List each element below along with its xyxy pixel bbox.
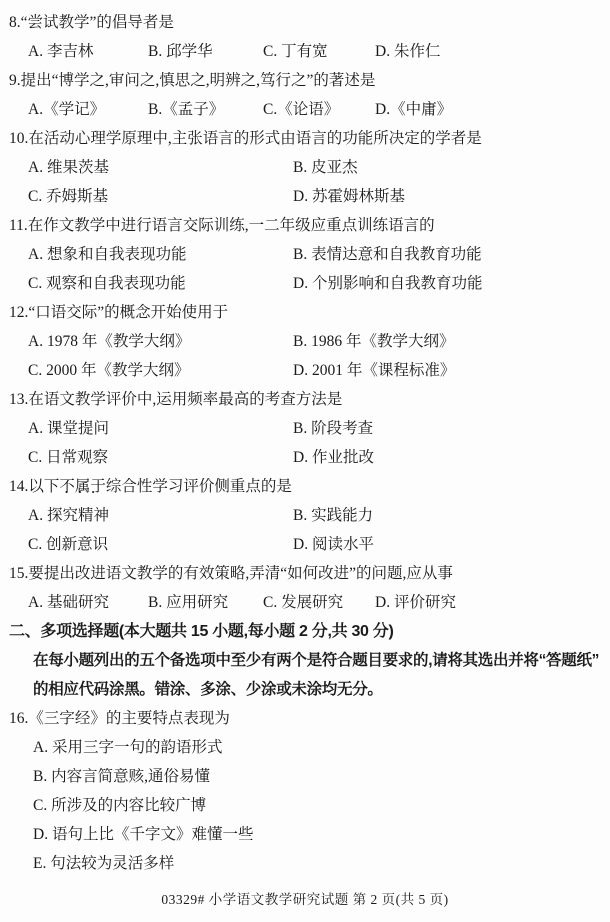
question-14-stem-emphasis: 不属于··· — [59, 472, 106, 501]
page-footer: 03329# 小学语文教学研究试题 第 2 页(共 5 页) — [0, 885, 610, 914]
question-9-option-d: D.《中庸》 — [375, 95, 452, 124]
question-10-options-row2: C. 乔姆斯基 D. 苏霍姆林斯基 — [0, 182, 610, 211]
question-15-option-a: A. 基础研究 — [28, 588, 109, 617]
question-16-option-a: A. 采用三字一句的韵语形式 — [33, 733, 222, 762]
question-8-option-a: A. 李吉林 — [28, 37, 93, 66]
question-15-option-d: D. 评价研究 — [375, 588, 456, 617]
question-9-option-b: B.《孟子》 — [148, 95, 224, 124]
question-12-options-row1: A. 1978 年《教学大纲》 B. 1986 年《教学大纲》 — [0, 327, 610, 356]
question-8-option-b: B. 邱学华 — [148, 37, 213, 66]
section-2-instruction-line2: 的相应代码涂黑。错涂、多涂、少涂或未涂均无分。 — [0, 675, 610, 704]
question-10-option-c: C. 乔姆斯基 — [28, 182, 108, 211]
question-12-option-d: D. 2001 年《课程标准》 — [293, 356, 455, 385]
question-9-stem: 9.提出“博学之,审问之,慎思之,明辨之,笃行之”的著述是 — [0, 66, 610, 95]
question-8-option-d: D. 朱作仁 — [375, 37, 440, 66]
question-11-stem: 11.在作文教学中进行语言交际训练,一二年级应重点训练语言的 — [0, 211, 610, 240]
question-14-options-row1: A. 探究精神 B. 实践能力 — [0, 501, 610, 530]
question-16-option-e: E. 句法较为灵活多样 — [33, 849, 174, 878]
emphasis-dots: ··· — [59, 486, 106, 498]
question-14-option-b: B. 实践能力 — [293, 501, 373, 530]
question-14-option-a: A. 探究精神 — [28, 501, 109, 530]
question-16-option-c: C. 所涉及的内容比较广博 — [33, 791, 206, 820]
question-10-options-row1: A. 维果茨基 B. 皮亚杰 — [0, 153, 610, 182]
section-2-header: 二、多项选择题(本大题共 15 小题,每小题 2 分,共 30 分) — [0, 617, 610, 646]
question-14-stem-prefix: 14.以下 — [9, 478, 59, 495]
question-8-stem: 8.“尝试教学”的倡导者是 — [0, 8, 610, 37]
question-11-option-d: D. 个别影响和自我教育功能 — [293, 269, 482, 298]
question-9-option-a: A.《学记》 — [28, 95, 105, 124]
question-16-option-row-b: B. 内容言简意赅,通俗易懂 — [0, 762, 610, 791]
question-16-option-b: B. 内容言简意赅,通俗易懂 — [33, 762, 210, 791]
exam-paper-page: 8.“尝试教学”的倡导者是 A. 李吉林 B. 邱学华 C. 丁有宽 D. 朱作… — [0, 0, 610, 922]
question-13-option-a: A. 课堂提问 — [28, 414, 109, 443]
question-12-options-row2: C. 2000 年《教学大纲》 D. 2001 年《课程标准》 — [0, 356, 610, 385]
question-15-stem: 15.要提出改进语文教学的有效策略,弄清“如何改进”的问题,应从事 — [0, 559, 610, 588]
question-15-option-b: B. 应用研究 — [148, 588, 228, 617]
question-13-options-row1: A. 课堂提问 B. 阶段考查 — [0, 414, 610, 443]
question-14-option-d: D. 阅读水平 — [293, 530, 374, 559]
question-8-options: A. 李吉林 B. 邱学华 C. 丁有宽 D. 朱作仁 — [0, 37, 610, 66]
question-13-option-c: C. 日常观察 — [28, 443, 108, 472]
question-16-option-row-e: E. 句法较为灵活多样 — [0, 849, 610, 878]
question-12-option-c: C. 2000 年《教学大纲》 — [28, 356, 189, 385]
question-11-option-a: A. 想象和自我表现功能 — [28, 240, 186, 269]
question-14-stem-suffix: 综合性学习评价侧重点的是 — [106, 478, 292, 495]
section-2-instruction-line1: 在每小题列出的五个备选项中至少有两个是符合题目要求的,请将其选出并将“答题纸” — [0, 646, 610, 675]
question-10-stem: 10.在活动心理学原理中,主张语言的形式由语言的功能所决定的学者是 — [0, 124, 610, 153]
question-9-options: A.《学记》 B.《孟子》 C.《论语》 D.《中庸》 — [0, 95, 610, 124]
question-10-option-a: A. 维果茨基 — [28, 153, 109, 182]
question-13-options-row2: C. 日常观察 D. 作业批改 — [0, 443, 610, 472]
question-8-option-c: C. 丁有宽 — [263, 37, 328, 66]
question-11-options-row1: A. 想象和自我表现功能 B. 表情达意和自我教育功能 — [0, 240, 610, 269]
question-15-option-c: C. 发展研究 — [263, 588, 343, 617]
question-15-options: A. 基础研究 B. 应用研究 C. 发展研究 D. 评价研究 — [0, 588, 610, 617]
question-13-stem: 13.在语文教学评价中,运用频率最高的考查方法是 — [0, 385, 610, 414]
question-16-option-row-c: C. 所涉及的内容比较广博 — [0, 791, 610, 820]
question-13-option-b: B. 阶段考查 — [293, 414, 373, 443]
question-13-option-d: D. 作业批改 — [293, 443, 374, 472]
question-16-option-d: D. 语句上比《千字文》难懂一些 — [33, 820, 253, 849]
question-14-option-c: C. 创新意识 — [28, 530, 108, 559]
question-12-stem: 12.“口语交际”的概念开始使用于 — [0, 298, 610, 327]
question-10-option-b: B. 皮亚杰 — [293, 153, 358, 182]
question-14-stem: 14.以下不属于···综合性学习评价侧重点的是 — [0, 472, 610, 501]
question-11-options-row2: C. 观察和自我表现功能 D. 个别影响和自我教育功能 — [0, 269, 610, 298]
question-10-option-d: D. 苏霍姆林斯基 — [293, 182, 405, 211]
question-14-options-row2: C. 创新意识 D. 阅读水平 — [0, 530, 610, 559]
question-16-stem: 16.《三字经》的主要特点表现为 — [0, 704, 610, 733]
question-16-option-row-d: D. 语句上比《千字文》难懂一些 — [0, 820, 610, 849]
question-16-option-row-a: A. 采用三字一句的韵语形式 — [0, 733, 610, 762]
question-11-option-c: C. 观察和自我表现功能 — [28, 269, 186, 298]
question-12-option-b: B. 1986 年《教学大纲》 — [293, 327, 454, 356]
question-9-option-c: C.《论语》 — [263, 95, 339, 124]
question-12-option-a: A. 1978 年《教学大纲》 — [28, 327, 190, 356]
question-11-option-b: B. 表情达意和自我教育功能 — [293, 240, 482, 269]
